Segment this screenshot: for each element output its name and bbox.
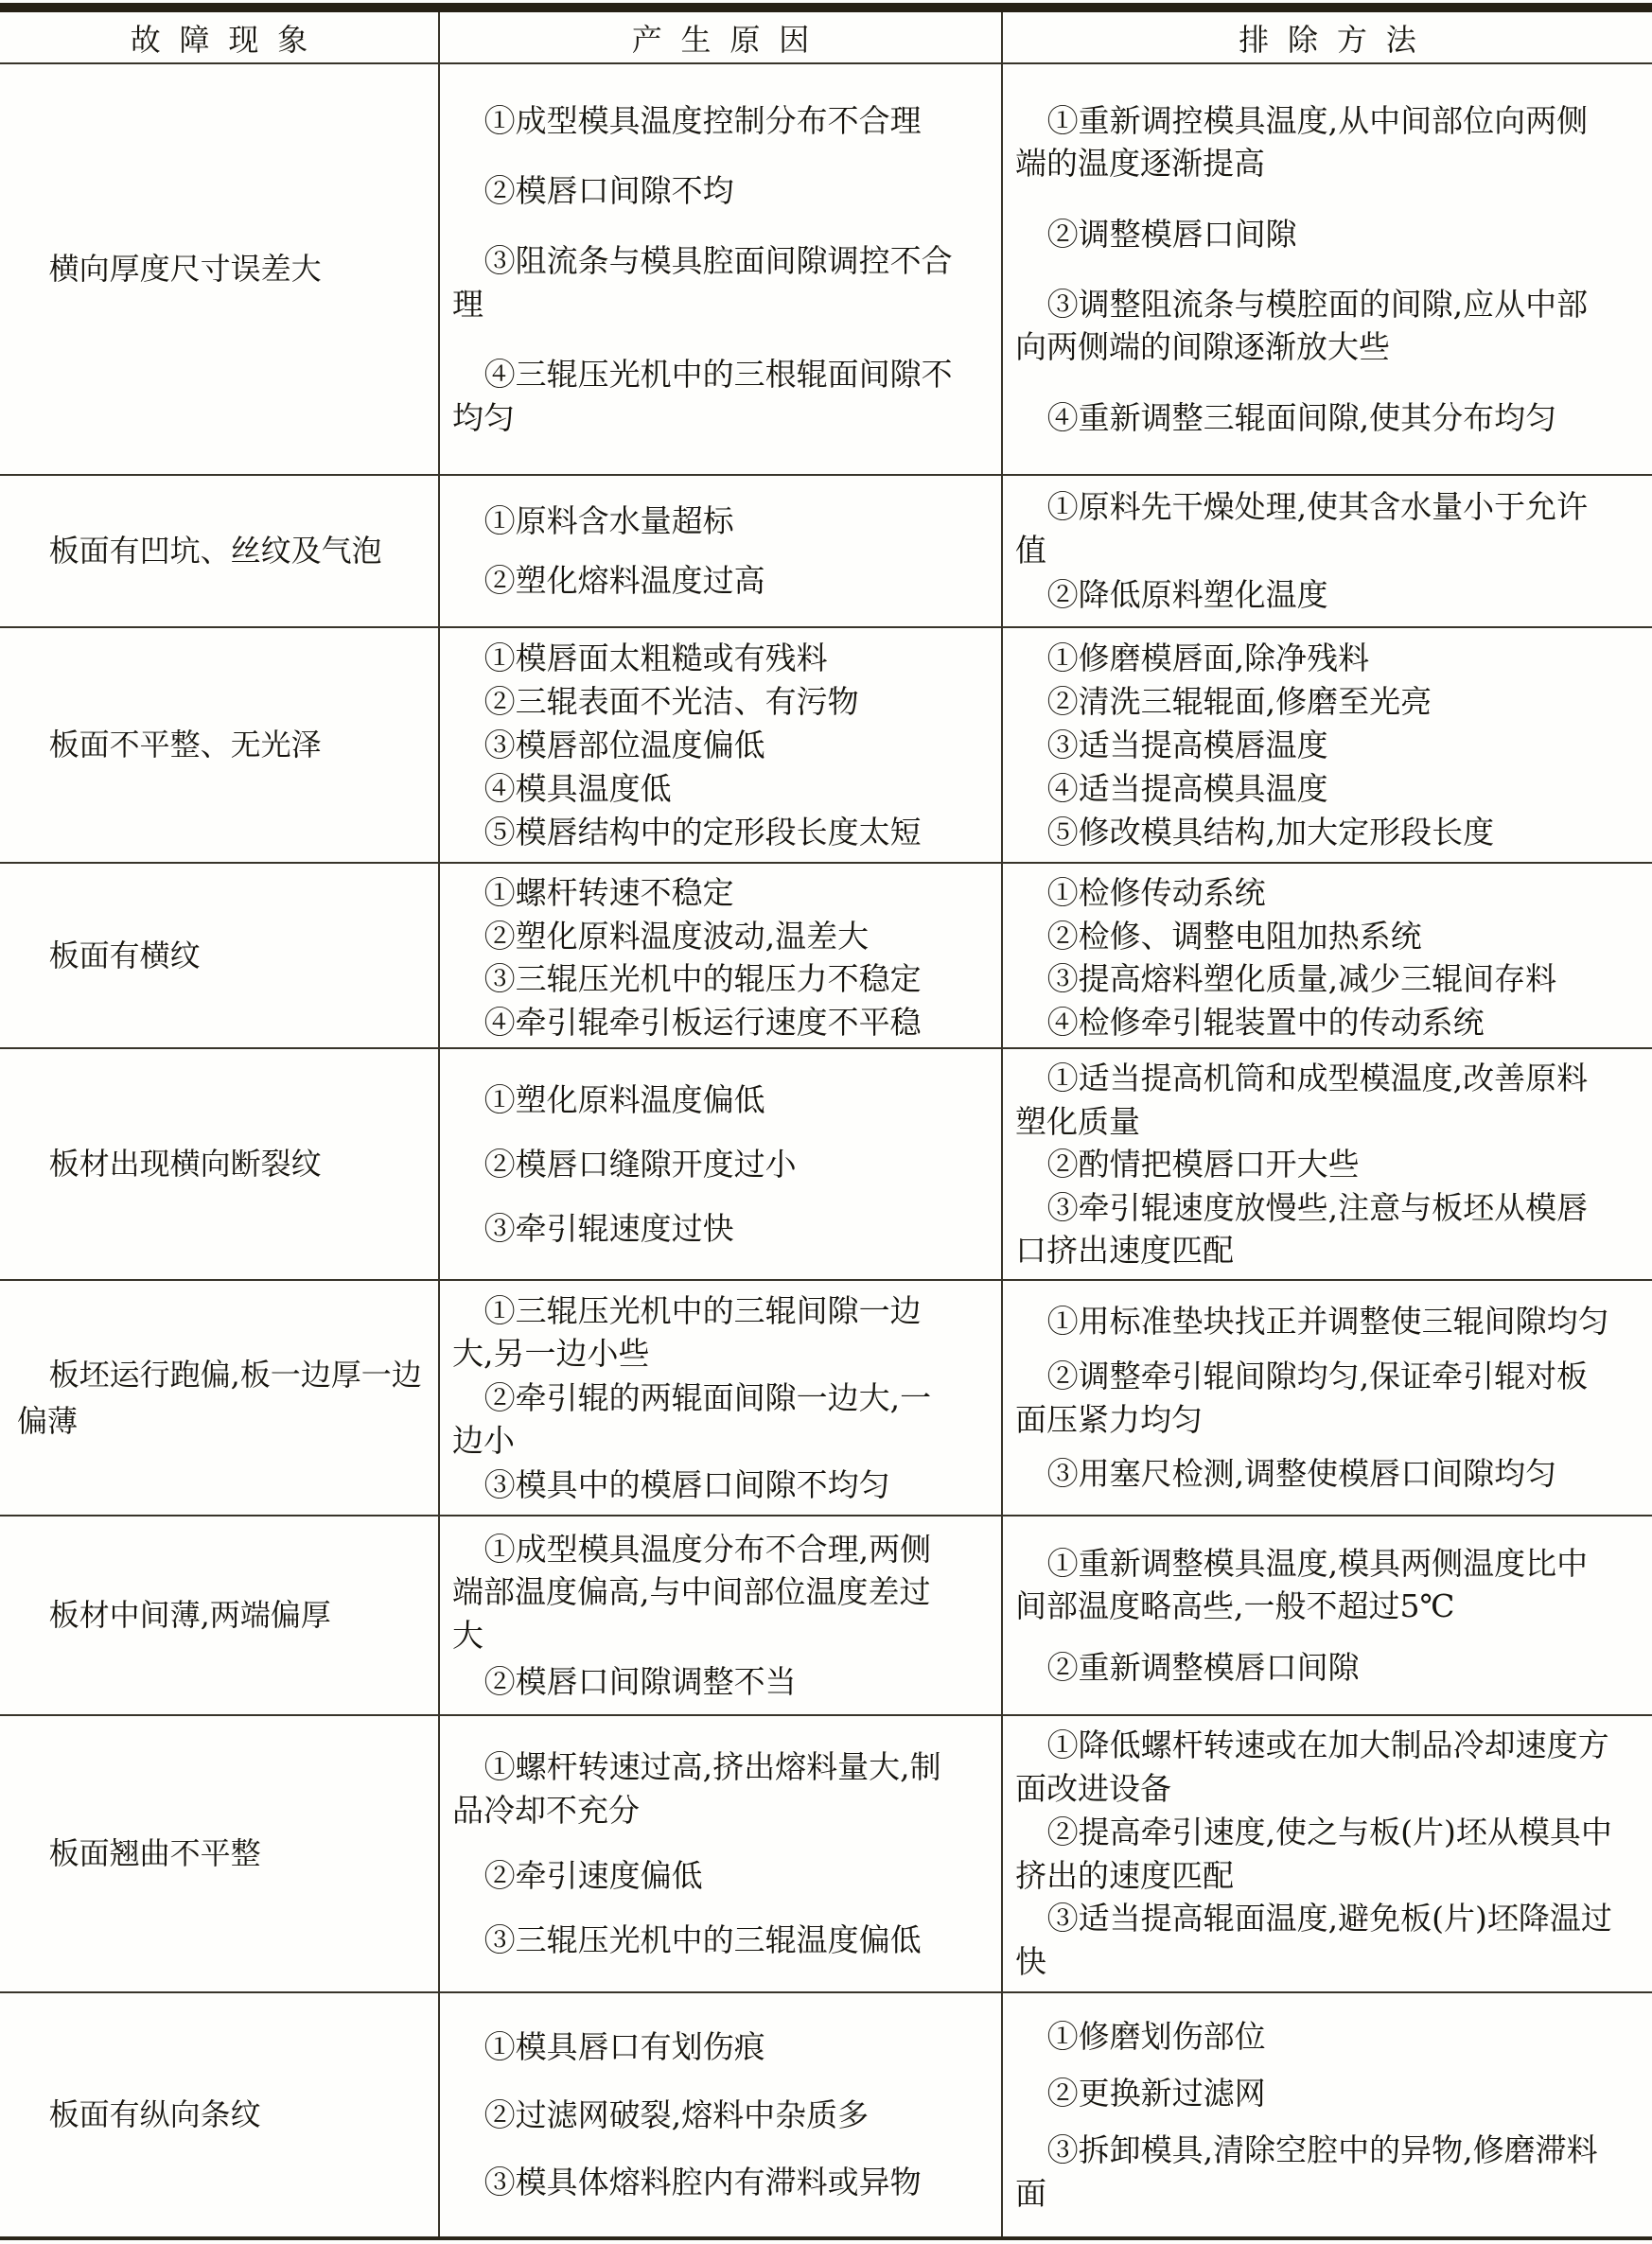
phenomenon-text: 板面有凹坑、丝纹及气泡 xyxy=(17,528,382,574)
cause-item: ①三辊压光机中的三辊间隙一边大,另一边小些 xyxy=(452,1289,954,1376)
cause-item: ②塑化熔料温度过高 xyxy=(452,559,954,603)
cause-item: ③三辊压光机中的辊压力不稳定 xyxy=(452,957,954,1001)
remedy-item: ②重新调整模唇口间隙 xyxy=(1015,1646,1618,1690)
remedy-item: ②清洗三辊辊面,修磨至光亮 xyxy=(1015,680,1618,724)
remedy-item: ②检修、调整电阻加热系统 xyxy=(1015,915,1618,958)
remedy-cell: ①降低螺杆转速或在加大制品冷却速度方面改进设备 ②提高牵引速度,使之与板(片)坯… xyxy=(1003,1716,1652,1991)
cause-item: ②模唇口缝隙开度过小 xyxy=(452,1143,954,1186)
cause-item: ②三辊表面不光洁、有污物 xyxy=(452,680,954,724)
remedy-item: ①用标准垫块找正并调整使三辊间隙均匀 xyxy=(1015,1300,1618,1343)
cause-item: ②牵引辊的两辊面间隙一边大,一边小 xyxy=(452,1376,954,1463)
remedy-item: ③牵引辊速度放慢些,注意与板坯从模唇口挤出速度匹配 xyxy=(1015,1186,1618,1272)
remedy-item: ④重新调整三辊面间隙,使其分布均匀 xyxy=(1015,396,1618,440)
remedy-item: ④适当提高模具温度 xyxy=(1015,767,1618,811)
troubleshooting-table: 故障现象 产生原因 排除方法 横向厚度尺寸误差大 ①成型模具温度控制分布不合理 … xyxy=(0,3,1652,2240)
table-row: 板面有纵向条纹 ①模具唇口有划伤痕 ②过滤网破裂,熔料中杂质多 ③模具体熔料腔内… xyxy=(0,1993,1652,2236)
remedy-item: ②调整牵引辊间隙均匀,保证牵引辊对板面压紧力均匀 xyxy=(1015,1355,1618,1441)
scanned-document-page: 故障现象 产生原因 排除方法 横向厚度尺寸误差大 ①成型模具温度控制分布不合理 … xyxy=(0,3,1652,2240)
cause-item: ④三辊压光机中的三根辊面间隙不均匀 xyxy=(452,353,954,439)
remedy-item: ②调整模唇口间隙 xyxy=(1015,213,1618,256)
cause-cell: ①成型模具温度分布不合理,两侧端部温度偏高,与中间部位温度差过大 ②模唇口间隙调… xyxy=(440,1516,1003,1714)
phenomenon-cell: 板面翘曲不平整 xyxy=(0,1716,440,1991)
remedy-item: ③提高熔料塑化质量,减少三辊间存料 xyxy=(1015,957,1618,1001)
table-row: 板面翘曲不平整 ①螺杆转速过高,挤出熔料量大,制品冷却不充分 ②牵引速度偏低 ③… xyxy=(0,1716,1652,1993)
cause-item: ③模唇部位温度偏低 xyxy=(452,724,954,767)
cause-item: ①原料含水量超标 xyxy=(452,500,954,543)
cause-cell: ①三辊压光机中的三辊间隙一边大,另一边小些 ②牵引辊的两辊面间隙一边大,一边小 … xyxy=(440,1281,1003,1515)
cause-item: ③模具体熔料腔内有滞料或异物 xyxy=(452,2161,954,2204)
header-remedy: 排除方法 xyxy=(1003,12,1652,62)
cause-item: ①塑化原料温度偏低 xyxy=(452,1078,954,1122)
phenomenon-cell: 横向厚度尺寸误差大 xyxy=(0,64,440,474)
cause-item: ③三辊压光机中的三辊温度偏低 xyxy=(452,1919,954,1962)
remedy-item: ①修磨模唇面,除净残料 xyxy=(1015,637,1618,680)
cause-cell: ①原料含水量超标 ②塑化熔料温度过高 xyxy=(440,476,1003,626)
remedy-item: ①降低螺杆转速或在加大制品冷却速度方面改进设备 xyxy=(1015,1724,1618,1810)
table-row: 板材出现横向断裂纹 ①塑化原料温度偏低 ②模唇口缝隙开度过小 ③牵引辊速度过快 … xyxy=(0,1049,1652,1281)
remedy-item: ⑤修改模具结构,加大定形段长度 xyxy=(1015,811,1618,854)
remedy-cell: ①重新调整模具温度,模具两侧温度比中间部温度略高些,一般不超过5℃ ②重新调整模… xyxy=(1003,1516,1652,1714)
cause-item: ④模具温度低 xyxy=(452,767,954,811)
phenomenon-cell: 板面有凹坑、丝纹及气泡 xyxy=(0,476,440,626)
remedy-item: ③拆卸模具,清除空腔中的异物,修磨滞料面 xyxy=(1015,2129,1618,2215)
cause-item: ①螺杆转速不稳定 xyxy=(452,871,954,915)
phenomenon-text: 板坯运行跑偏,板一边厚一边偏薄 xyxy=(17,1352,423,1444)
remedy-item: ③适当提高模唇温度 xyxy=(1015,724,1618,767)
cause-cell: ①螺杆转速不稳定 ②塑化原料温度波动,温差大 ③三辊压光机中的辊压力不稳定 ④牵… xyxy=(440,864,1003,1047)
cause-item: ④牵引辊牵引板运行速度不平稳 xyxy=(452,1001,954,1044)
cause-item: ②模唇口间隙不均 xyxy=(452,169,954,213)
remedy-item: ①适当提高机筒和成型模温度,改善原料塑化质量 xyxy=(1015,1057,1618,1143)
table-row: 板面不平整、无光泽 ①模唇面太粗糙或有残料 ②三辊表面不光洁、有污物 ③模唇部位… xyxy=(0,628,1652,864)
remedy-item: ①检修传动系统 xyxy=(1015,871,1618,915)
cause-item: ②模唇口间隙调整不当 xyxy=(452,1660,954,1704)
phenomenon-text: 板材出现横向断裂纹 xyxy=(17,1141,322,1187)
cause-item: ②塑化原料温度波动,温差大 xyxy=(452,915,954,958)
remedy-cell: ①原料先干燥处理,使其含水量小于允许值 ②降低原料塑化温度 xyxy=(1003,476,1652,626)
remedy-cell: ①适当提高机筒和成型模温度,改善原料塑化质量 ②酌情把模唇口开大些 ③牵引辊速度… xyxy=(1003,1049,1652,1279)
phenomenon-cell: 板面有横纹 xyxy=(0,864,440,1047)
cause-item: ①模具唇口有划伤痕 xyxy=(452,2025,954,2069)
cause-item: ⑤模唇结构中的定形段长度太短 xyxy=(452,811,954,854)
remedy-item: ②更换新过滤网 xyxy=(1015,2072,1618,2115)
cause-item: ②过滤网破裂,熔料中杂质多 xyxy=(452,2094,954,2137)
cause-item: ①成型模具温度分布不合理,两侧端部温度偏高,与中间部位温度差过大 xyxy=(452,1528,954,1657)
cause-cell: ①成型模具温度控制分布不合理 ②模唇口间隙不均 ③阻流条与模具腔面间隙调控不合理… xyxy=(440,64,1003,474)
remedy-cell: ①重新调控模具温度,从中间部位向两侧端的温度逐渐提高 ②调整模唇口间隙 ③调整阻… xyxy=(1003,64,1652,474)
table-header-row: 故障现象 产生原因 排除方法 xyxy=(0,12,1652,64)
phenomenon-cell: 板面不平整、无光泽 xyxy=(0,628,440,862)
cause-item: ③牵引辊速度过快 xyxy=(452,1207,954,1251)
phenomenon-text: 板面翘曲不平整 xyxy=(17,1831,261,1877)
remedy-item: ④检修牵引辊装置中的传动系统 xyxy=(1015,1001,1618,1044)
table-row: 板面有横纹 ①螺杆转速不稳定 ②塑化原料温度波动,温差大 ③三辊压光机中的辊压力… xyxy=(0,864,1652,1049)
cause-item: ③阻流条与模具腔面间隙调控不合理 xyxy=(452,239,954,325)
remedy-item: ②提高牵引速度,使之与板(片)坯从模具中挤出的速度匹配 xyxy=(1015,1811,1618,1897)
phenomenon-text: 横向厚度尺寸误差大 xyxy=(17,246,322,292)
remedy-item: ③调整阻流条与模腔面的间隙,应从中部向两侧端的间隙逐渐放大些 xyxy=(1015,283,1618,369)
cause-item: ③模具中的模唇口间隙不均匀 xyxy=(452,1464,954,1507)
phenomenon-cell: 板面有纵向条纹 xyxy=(0,1993,440,2236)
cause-cell: ①螺杆转速过高,挤出熔料量大,制品冷却不充分 ②牵引速度偏低 ③三辊压光机中的三… xyxy=(440,1716,1003,1991)
cause-item: ①螺杆转速过高,挤出熔料量大,制品冷却不充分 xyxy=(452,1745,954,1832)
phenomenon-text: 板面有横纹 xyxy=(17,933,201,979)
remedy-item: ②降低原料塑化温度 xyxy=(1015,573,1618,617)
cause-item: ①成型模具温度控制分布不合理 xyxy=(452,99,954,143)
phenomenon-text: 板材中间薄,两端偏厚 xyxy=(17,1592,331,1639)
cause-cell: ①模具唇口有划伤痕 ②过滤网破裂,熔料中杂质多 ③模具体熔料腔内有滞料或异物 xyxy=(440,1993,1003,2236)
phenomenon-cell: 板材中间薄,两端偏厚 xyxy=(0,1516,440,1714)
cause-item: ①模唇面太粗糙或有残料 xyxy=(452,637,954,680)
cause-item: ②牵引速度偏低 xyxy=(452,1854,954,1898)
table-row: 板坯运行跑偏,板一边厚一边偏薄 ①三辊压光机中的三辊间隙一边大,另一边小些 ②牵… xyxy=(0,1281,1652,1516)
phenomenon-cell: 板坯运行跑偏,板一边厚一边偏薄 xyxy=(0,1281,440,1515)
remedy-item: ①原料先干燥处理,使其含水量小于允许值 xyxy=(1015,485,1618,571)
remedy-item: ①重新调控模具温度,从中间部位向两侧端的温度逐渐提高 xyxy=(1015,99,1618,185)
remedy-cell: ①用标准垫块找正并调整使三辊间隙均匀 ②调整牵引辊间隙均匀,保证牵引辊对板面压紧… xyxy=(1003,1281,1652,1515)
remedy-item: ①修磨划伤部位 xyxy=(1015,2015,1618,2059)
remedy-item: ③适当提高辊面温度,避免板(片)坯降温过快 xyxy=(1015,1897,1618,1983)
table-row: 板面有凹坑、丝纹及气泡 ①原料含水量超标 ②塑化熔料温度过高 ①原料先干燥处理,… xyxy=(0,476,1652,628)
cause-cell: ①塑化原料温度偏低 ②模唇口缝隙开度过小 ③牵引辊速度过快 xyxy=(440,1049,1003,1279)
remedy-item: ①重新调整模具温度,模具两侧温度比中间部温度略高些,一般不超过5℃ xyxy=(1015,1542,1618,1628)
remedy-cell: ①检修传动系统 ②检修、调整电阻加热系统 ③提高熔料塑化质量,减少三辊间存料 ④… xyxy=(1003,864,1652,1047)
remedy-item: ②酌情把模唇口开大些 xyxy=(1015,1143,1618,1186)
remedy-cell: ①修磨模唇面,除净残料 ②清洗三辊辊面,修磨至光亮 ③适当提高模唇温度 ④适当提… xyxy=(1003,628,1652,862)
phenomenon-text: 板面不平整、无光泽 xyxy=(17,722,322,768)
phenomenon-cell: 板材出现横向断裂纹 xyxy=(0,1049,440,1279)
phenomenon-text: 板面有纵向条纹 xyxy=(17,2092,261,2138)
header-cause: 产生原因 xyxy=(440,12,1003,62)
table-row: 板材中间薄,两端偏厚 ①成型模具温度分布不合理,两侧端部温度偏高,与中间部位温度… xyxy=(0,1516,1652,1716)
remedy-cell: ①修磨划伤部位 ②更换新过滤网 ③拆卸模具,清除空腔中的异物,修磨滞料面 xyxy=(1003,1993,1652,2236)
remedy-item: ③用塞尺检测,调整使模唇口间隙均匀 xyxy=(1015,1452,1618,1496)
cause-cell: ①模唇面太粗糙或有残料 ②三辊表面不光洁、有污物 ③模唇部位温度偏低 ④模具温度… xyxy=(440,628,1003,862)
table-row: 横向厚度尺寸误差大 ①成型模具温度控制分布不合理 ②模唇口间隙不均 ③阻流条与模… xyxy=(0,64,1652,476)
header-phenomenon: 故障现象 xyxy=(0,12,440,62)
